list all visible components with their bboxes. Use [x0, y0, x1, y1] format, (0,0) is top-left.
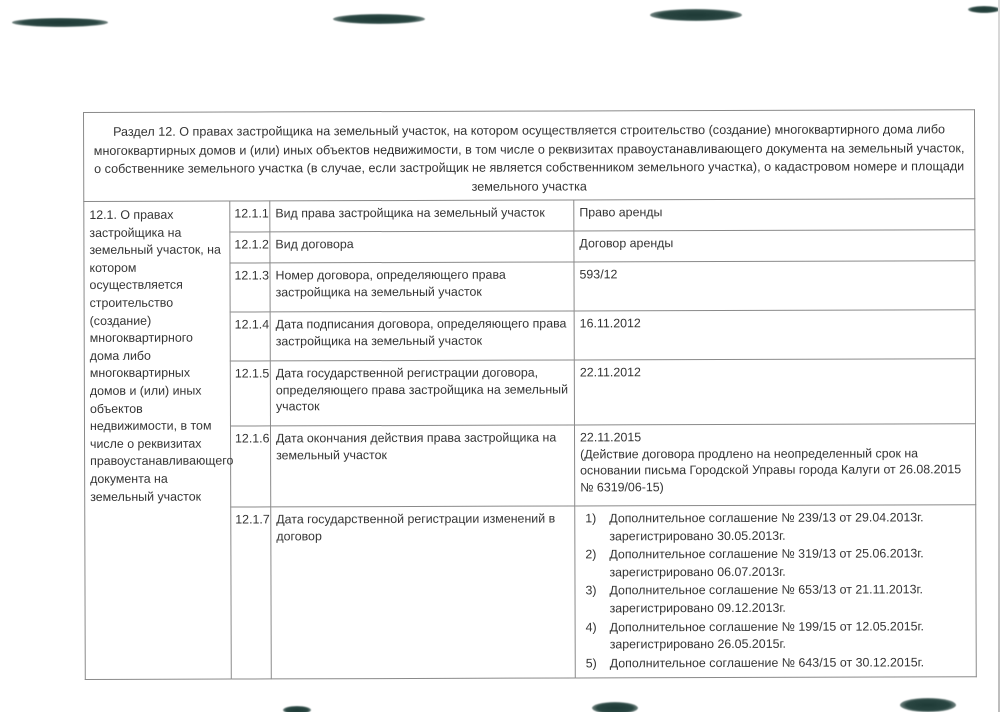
row-number: 12.1.3	[230, 263, 270, 312]
scan-artifact	[900, 698, 956, 712]
scan-artifact	[592, 702, 638, 712]
row-number: 12.1.1	[230, 201, 270, 232]
agreement-text: Дополнительное соглашение № 643/15 от 30…	[610, 655, 924, 670]
scan-artifact	[650, 9, 742, 21]
row-number: 12.1.7	[231, 507, 272, 679]
list-item: 1)Дополнительное соглашение № 239/13 от …	[580, 509, 970, 545]
agreements-list: 1)Дополнительное соглашение № 239/13 от …	[580, 509, 971, 673]
scan-artifact	[333, 14, 425, 24]
expiry-date: 22.11.2015	[580, 428, 970, 446]
section-header-row: Раздел 12. О правах застройщика на земел…	[84, 110, 975, 202]
row-label: Вид договора	[270, 231, 574, 263]
list-marker: 2)	[585, 547, 596, 565]
row-value: Договор аренды	[574, 230, 975, 262]
row-value: 22.11.2012	[574, 359, 975, 425]
scan-artifact	[968, 6, 1000, 13]
list-item: 5)Дополнительное соглашение № 643/15 от …	[581, 654, 971, 673]
list-item: 4)Дополнительное соглашение № 199/15 от …	[581, 618, 971, 654]
row-label: Дата подписания договора, определяющего …	[270, 311, 574, 361]
row-label: Дата государственной регистрации договор…	[270, 360, 574, 426]
row-value: 593/12	[574, 261, 975, 311]
row-value: 22.11.2015 (Действие договора продлено н…	[574, 424, 975, 506]
row-number: 12.1.5	[230, 361, 270, 426]
table-row: 12.1. О правах застройщика на земельный …	[84, 199, 975, 233]
list-marker: 5)	[586, 655, 597, 673]
row-label: Вид права застройщика на земельный участ…	[270, 200, 574, 232]
agreement-text: Дополнительное соглашение № 239/13 от 29…	[609, 510, 923, 543]
list-marker: 3)	[585, 583, 596, 601]
agreement-text: Дополнительное соглашение № 199/15 от 12…	[610, 619, 924, 652]
group-label: 12.1. О правах застройщика на земельный …	[84, 201, 232, 680]
agreement-text: Дополнительное соглашение № 653/13 от 21…	[609, 583, 922, 616]
row-number: 12.1.2	[230, 232, 270, 263]
list-marker: 4)	[586, 619, 597, 637]
section-title: Раздел 12. О правах застройщика на земел…	[84, 110, 975, 202]
row-label: Дата окончания действия права застройщик…	[270, 425, 574, 507]
row-value: Право аренды	[574, 199, 975, 231]
row-value: 16.11.2012	[574, 310, 975, 360]
row-value: 1)Дополнительное соглашение № 239/13 от …	[575, 505, 977, 679]
agreement-text: Дополнительное соглашение № 319/13 от 25…	[609, 547, 923, 580]
scan-artifact	[283, 706, 311, 712]
list-marker: 1)	[585, 510, 596, 528]
extension-note: (Действие договора продлено на неопредел…	[580, 445, 970, 496]
row-number: 12.1.6	[230, 426, 270, 507]
row-label: Дата государственной регистрации изменен…	[271, 506, 576, 679]
row-label: Номер договора, определяющего права заст…	[270, 262, 574, 312]
land-rights-table: Раздел 12. О правах застройщика на земел…	[83, 109, 977, 680]
list-item: 3)Дополнительное соглашение № 653/13 от …	[580, 582, 970, 618]
row-number: 12.1.4	[230, 312, 270, 361]
scan-artifact	[12, 18, 108, 27]
list-item: 2)Дополнительное соглашение № 319/13 от …	[580, 545, 970, 581]
